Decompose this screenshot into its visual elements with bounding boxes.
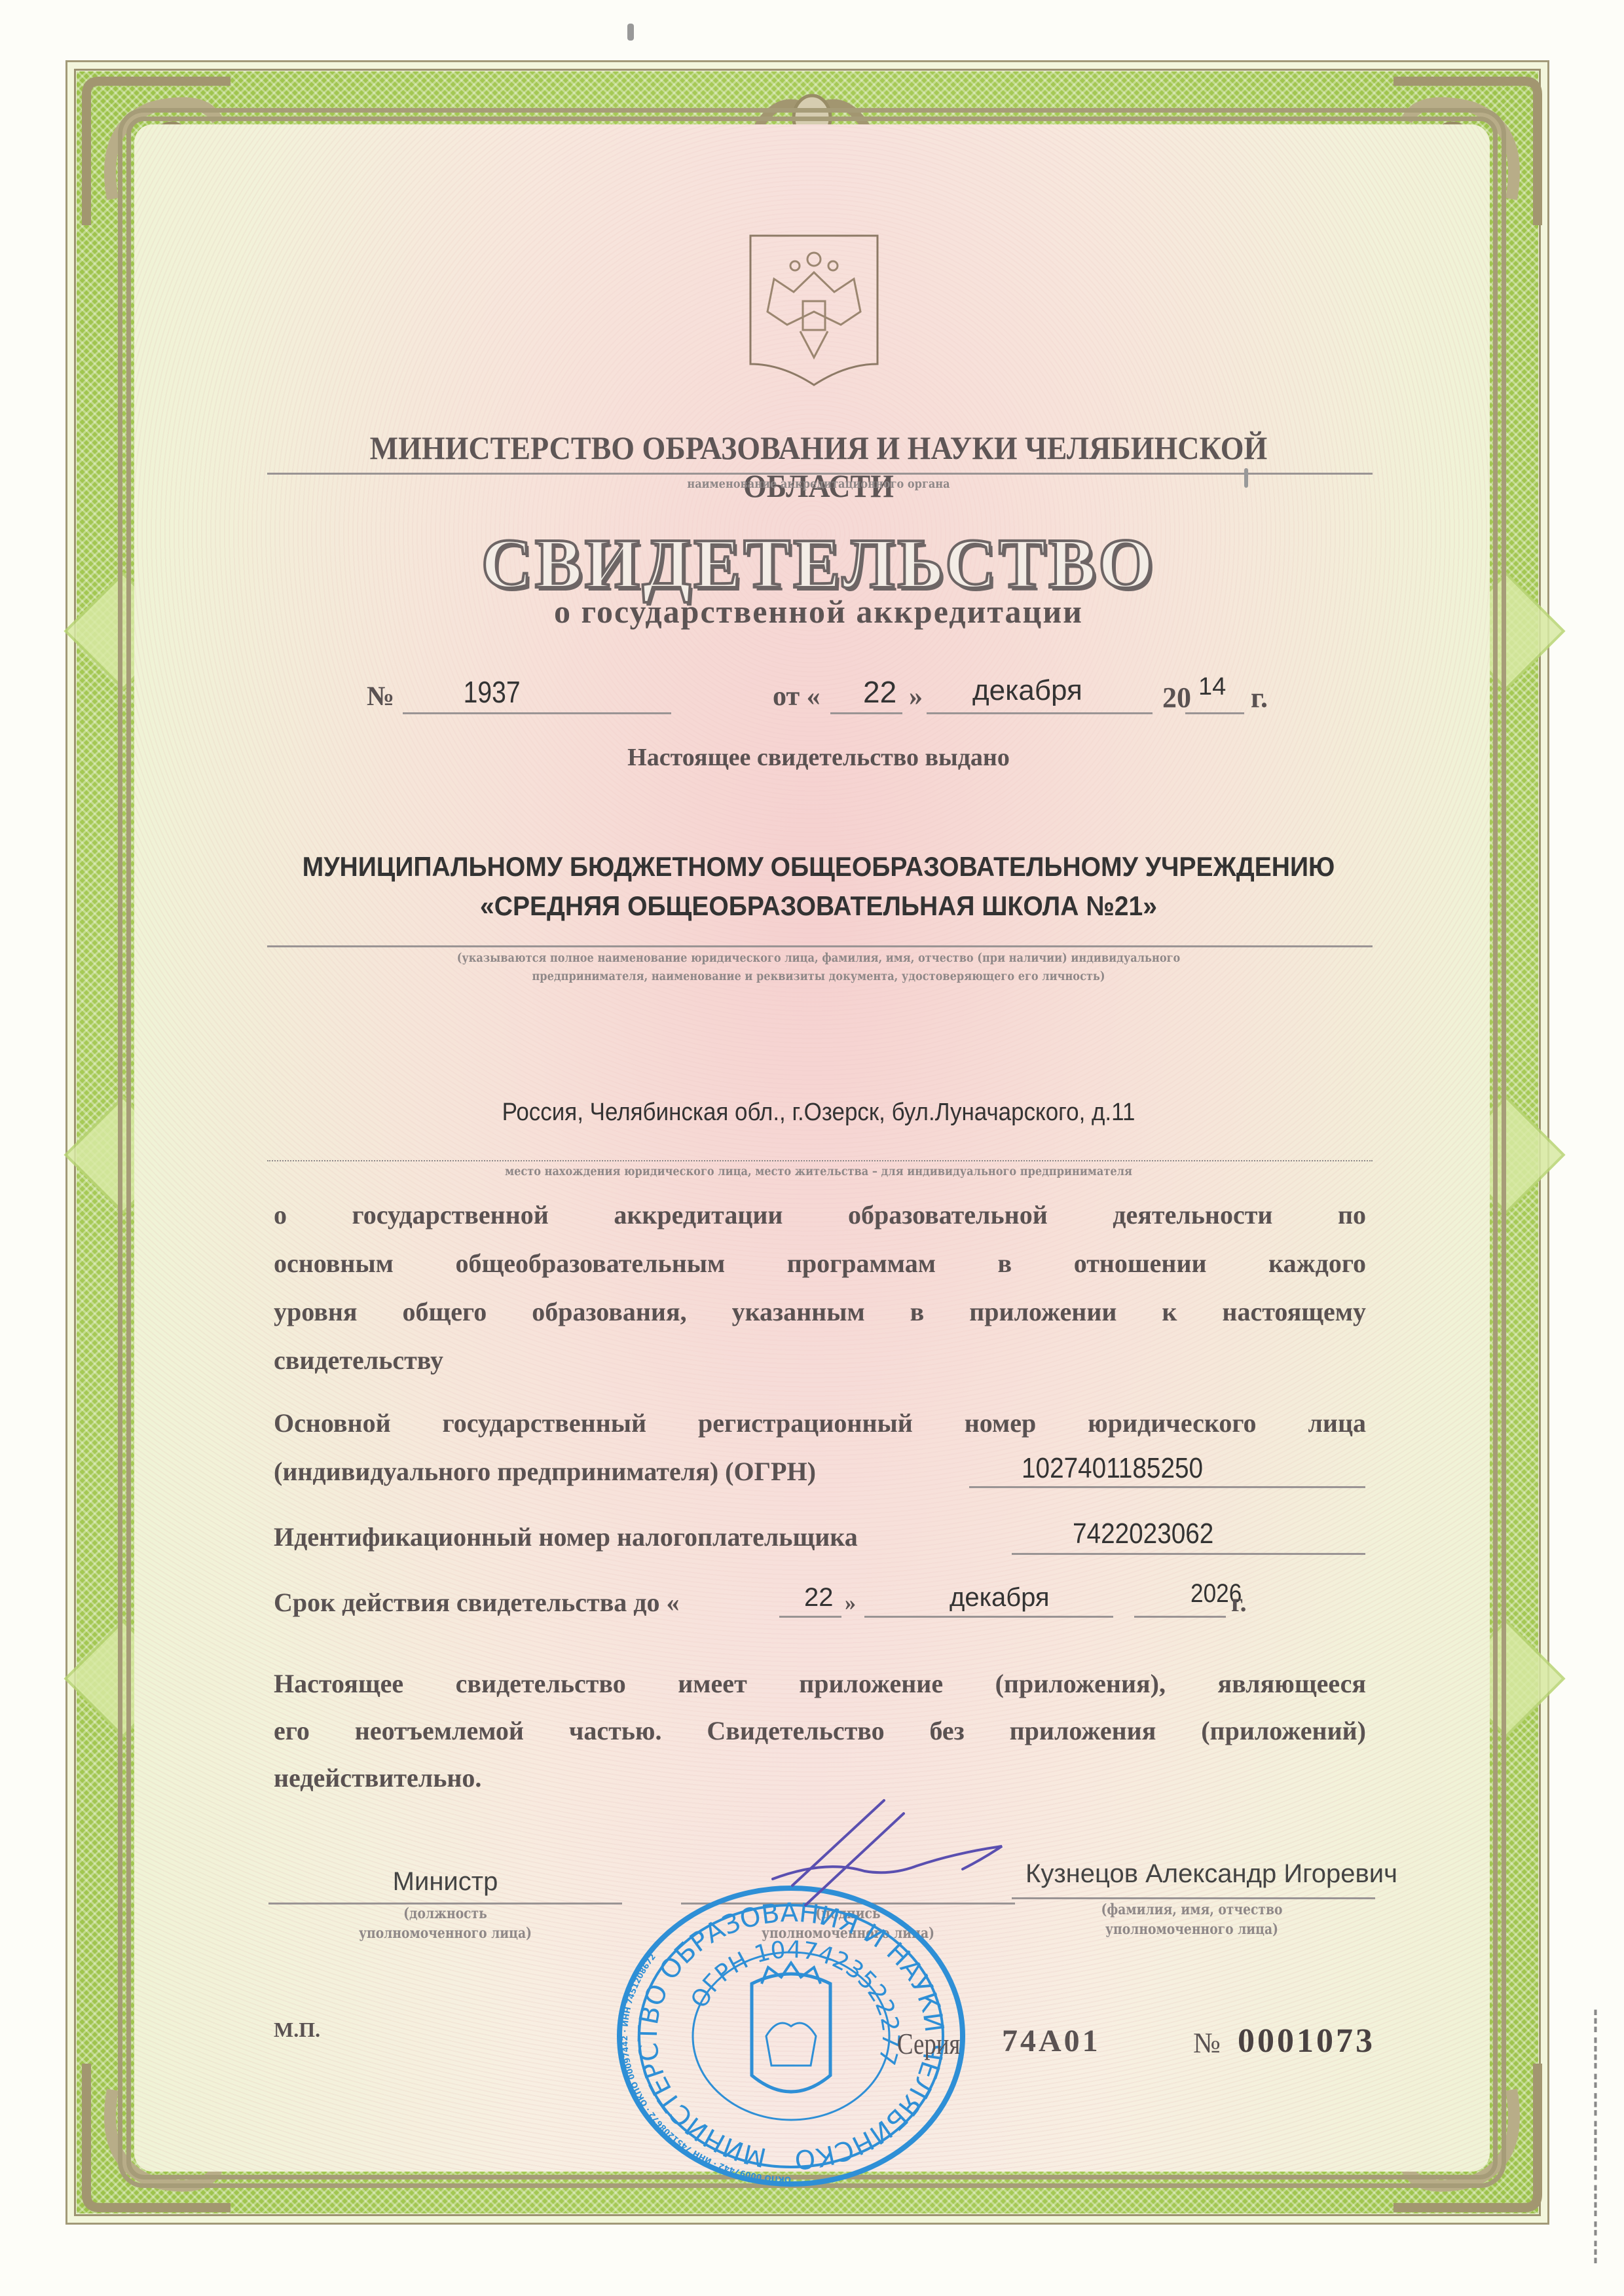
issue-century: 20 bbox=[1162, 681, 1191, 714]
validity-day-close: » bbox=[845, 1591, 856, 1616]
validity-day: 22 bbox=[804, 1583, 834, 1613]
certificate-number: 1937 bbox=[464, 674, 521, 710]
organization-caption-line2: предпринимателя, наименование и реквизит… bbox=[323, 969, 1314, 983]
underline bbox=[779, 1616, 841, 1618]
organization-name-line1: МУНИЦИПАЛЬНОМУ БЮДЖЕТНОМУ ОБЩЕОБРАЗОВАТЕ… bbox=[301, 851, 1337, 883]
issue-month: декабря bbox=[972, 674, 1082, 707]
address-caption: место нахождения юридического лица, мест… bbox=[346, 1164, 1292, 1178]
issue-day: 22 bbox=[863, 674, 896, 710]
document-subtitle: о государственной аккредитации bbox=[262, 592, 1375, 630]
scan-mark bbox=[1244, 468, 1248, 488]
name-caption-line2: уполномоченного лица) bbox=[1036, 1921, 1348, 1938]
signatory-name: Кузнецов Александр Игоревич bbox=[1002, 1859, 1421, 1889]
divider bbox=[267, 473, 1373, 475]
organization-name-line2: «СРЕДНЯЯ ОБЩЕОБРАЗОВАТЕЛЬНАЯ ШКОЛА №21» bbox=[301, 890, 1337, 922]
issue-year: 14 bbox=[1198, 673, 1226, 701]
signatory-position: Министр bbox=[275, 1867, 616, 1897]
ogrn-label-line2: (индивидуального предпринимателя) (ОГРН) bbox=[274, 1456, 816, 1487]
underline bbox=[1185, 712, 1244, 714]
ogrn-value: 1027401185250 bbox=[1022, 1452, 1203, 1485]
position-caption-line2: уполномоченного лица) bbox=[301, 1925, 590, 1942]
series-value: 74А01 bbox=[1002, 2023, 1101, 2059]
underline bbox=[268, 1903, 622, 1904]
underline bbox=[403, 712, 671, 714]
underline bbox=[1134, 1616, 1226, 1618]
series-label: Серия bbox=[897, 2026, 960, 2061]
ogrn-label-line1: Основной государственный регистрационный… bbox=[274, 1408, 1366, 1438]
scope-line: основным общеобразовательным программам … bbox=[274, 1248, 1366, 1279]
issuing-body-caption: наименование аккредитационного органа bbox=[346, 477, 1292, 491]
scan-mark bbox=[627, 24, 634, 41]
scope-line: свидетельству bbox=[274, 1345, 443, 1376]
inn-label: Идентификационный номер налогоплательщик… bbox=[274, 1522, 858, 1552]
underline bbox=[864, 1616, 1113, 1618]
printer-imprint: ▮▮▮ ▮▮ ▮▮▮▮ ▮▮ ▮▮▮▮▮ ▮▮▮ ▮▮ ▮▮▮▮ ▮▮▮ bbox=[1591, 1794, 1617, 2265]
russian-coat-of-arms-icon bbox=[748, 233, 880, 388]
inn-value: 7422023062 bbox=[1073, 1518, 1213, 1550]
appendix-line: его неотъемлемой частью. Свидетельство б… bbox=[274, 1715, 1366, 1746]
scope-line: уровня общего образования, указанным в п… bbox=[274, 1296, 1366, 1327]
svg-text:ОГРН 1047423522277: ОГРН 1047423522277 bbox=[686, 1937, 904, 2068]
seal-place-label: М.П. bbox=[274, 2018, 320, 2042]
date-suffix: г. bbox=[1251, 681, 1268, 714]
address: Россия, Челябинская обл., г.Озерск, бул.… bbox=[306, 1099, 1331, 1127]
appendix-line: недействительно. bbox=[274, 1762, 481, 1793]
underline bbox=[927, 712, 1153, 714]
validity-label: Срок действия свидетельства до « bbox=[274, 1587, 680, 1618]
validity-suffix: г. bbox=[1231, 1587, 1247, 1618]
underline bbox=[830, 712, 902, 714]
organization-caption-line1: (указываются полное наименование юридиче… bbox=[323, 951, 1314, 965]
issued-to-label: Настоящее свидетельство выдано bbox=[262, 743, 1375, 772]
appendix-line: Настоящее свидетельство имеет приложение… bbox=[274, 1668, 1366, 1699]
date-day-close: » bbox=[909, 681, 923, 712]
underline bbox=[1012, 1897, 1375, 1899]
divider bbox=[267, 945, 1373, 947]
blank-number-value: 0001073 bbox=[1238, 2022, 1375, 2060]
handwritten-signature bbox=[694, 1794, 1008, 1918]
number-label: № bbox=[367, 681, 394, 712]
position-caption-line1: (должность bbox=[301, 1905, 590, 1922]
underline bbox=[969, 1486, 1365, 1488]
name-caption-line1: (фамилия, имя, отчество bbox=[1036, 1901, 1348, 1918]
underline bbox=[1012, 1553, 1365, 1555]
date-prefix: от « bbox=[773, 681, 821, 712]
divider bbox=[267, 1160, 1373, 1161]
scope-line: о государственной аккредитации образоват… bbox=[274, 1199, 1366, 1230]
validity-month: декабря bbox=[950, 1583, 1050, 1613]
blank-number-label: № bbox=[1193, 2026, 1221, 2060]
issuing-body: МИНИСТЕРСТВО ОБРАЗОВАНИЯ И НАУКИ ЧЕЛЯБИН… bbox=[306, 429, 1331, 505]
